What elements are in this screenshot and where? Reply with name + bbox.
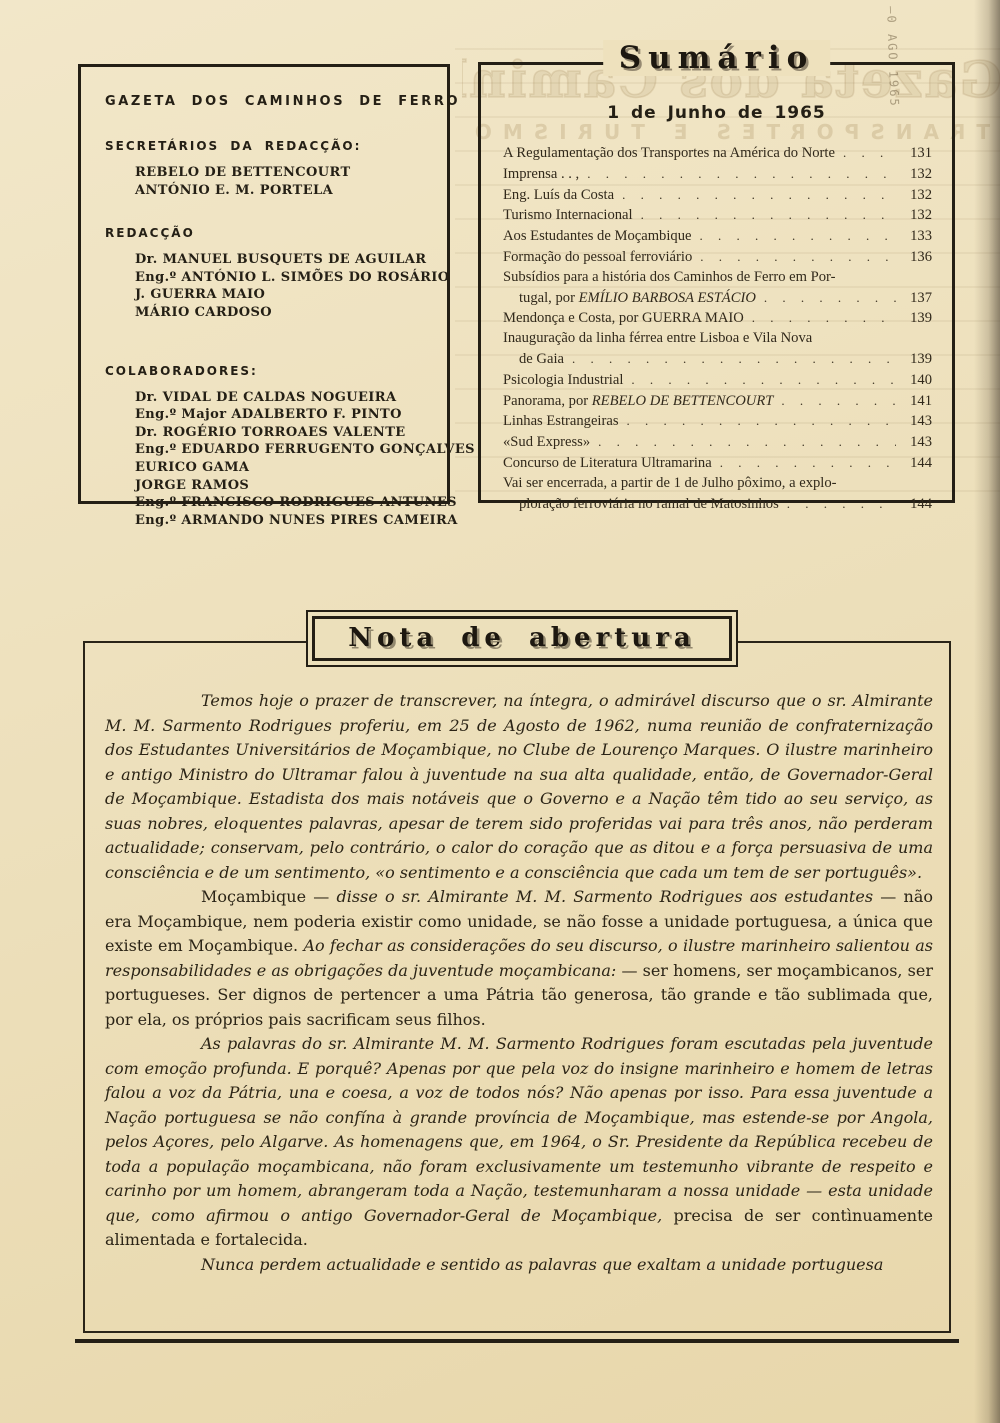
toc-entry-text: Eng. Luís da Costa [503,186,614,206]
toc-row: «Sud Express». . . . . . . . . . . . . .… [503,432,932,453]
toc-page-number: 133 [900,228,932,245]
toc-row: Eng. Luís da Costa. . . . . . . . . . . … [503,185,932,206]
magazine-page: Gazeta dos Caminhos de Ferro TRANSPORTES… [0,0,1000,1423]
masthead-name: Eng.º FRANCISCO RODRIGUES ANTUNES [135,494,441,512]
toc-dot-leader: . . . . . . . . . . . . . . . . . . . . … [622,185,896,205]
masthead-name: Eng.º Major ADALBERTO F. PINTO [135,406,441,424]
summary-box: Sumário 1 de Junho de 1965 A Regulamenta… [478,62,955,503]
toc-row: Imprensa . . ,. . . . . . . . . . . . . … [503,164,932,185]
toc-row: Linhas Estrangeiras. . . . . . . . . . .… [503,411,932,432]
toc-entry-segment: de Gaia [519,351,564,367]
toc-page-number: 143 [900,413,932,430]
toc-page-number: 132 [900,207,932,224]
nota-header-box: Nota de abertura [306,610,738,667]
toc-row: Inauguração da linha férrea entre Lisboa… [503,329,932,349]
masthead-name-list: Dr. MANUEL BUSQUETS DE AGUILAREng.º ANTÓ… [135,251,441,321]
toc-row: Vai ser encerrada, a partir de 1 de Julh… [503,474,932,494]
masthead-name: Eng.º EDUARDO FERRUGENTO GONÇALVES [135,441,441,459]
toc-entry-segment: Linhas Estrangeiras [503,413,619,429]
article-title: Nota de abertura [348,623,696,653]
toc-page-number: 137 [900,290,932,307]
toc-entry-text: ploração ferroviária no ramal de Matosin… [503,495,779,515]
toc-dot-leader: . . . . . . . . . . . . . . . . . . . . … [641,205,896,225]
toc-page-number: 144 [900,496,932,513]
toc-page-number: 140 [900,372,932,389]
summary-title: Sumário [603,40,831,76]
toc-entry-segment: Panorama, por [503,393,592,409]
toc-entry-text: Inauguração da linha férrea entre Lisboa… [503,329,812,349]
toc-entry-text: Vai ser encerrada, a partir de 1 de Julh… [503,474,837,494]
body-text-segment: disse o sr. Almirante M. M. Sarmento Rod… [337,887,874,906]
masthead-name: MÁRIO CARDOSO [135,304,441,322]
toc-row: Psicologia Industrial. . . . . . . . . .… [503,370,932,391]
toc-entry-text: Formação do pessoal ferroviário [503,248,692,268]
toc-entry-segment: Eng. Luís da Costa [503,187,614,203]
toc-row: ploração ferroviária no ramal de Matosin… [503,494,932,515]
toc-entry-segment: tugal, por [519,290,579,306]
toc-row: de Gaia. . . . . . . . . . . . . . . . .… [503,349,932,370]
body-text-segment: Temos hoje o prazer de transcrever, na í… [105,691,933,882]
toc-entry-text: Psicologia Industrial [503,371,623,391]
toc-entry-segment: Formação do pessoal ferroviário [503,249,692,265]
masthead-name: ANTÓNIO E. M. PORTELA [135,182,441,200]
masthead-box: GAZETA DOS CAMINHOS DE FERRO SECRETÁRIOS… [78,64,450,504]
toc-row: A Regulamentação dos Transportes na Amér… [503,143,932,164]
article-body-box: Temos hoje o prazer de transcrever, na í… [83,641,951,1333]
masthead-name-list: REBELO DE BETTENCOURTANTÓNIO E. M. PORTE… [135,164,441,199]
toc-page-number: 136 [900,249,932,266]
toc-entry-text: Mendonça e Costa, por GUERRA MAIO [503,309,744,329]
toc-row: Subsídios para a história dos Caminhos d… [503,268,932,288]
toc-entry-text: Panorama, por REBELO DE BETTENCOURT [503,392,773,412]
toc-dot-leader: . . . . . . . . . . . . . . . . . . . . … [587,164,896,184]
masthead-section: COLABORADORES:Dr. VIDAL DE CALDAS NOGUEI… [105,364,441,530]
masthead-title: GAZETA DOS CAMINHOS DE FERRO [105,94,441,109]
toc-page-number: 132 [900,187,932,204]
masthead-name: REBELO DE BETTENCOURT [135,164,441,182]
toc-entry-text: Subsídios para a história dos Caminhos d… [503,268,836,288]
toc-entry-text: tugal, por EMÍLIO BARBOSA ESTÁCIO [503,289,756,309]
toc-entry-segment: ploração ferroviária no ramal de Matosin… [519,496,779,512]
toc-dot-leader: . . . . . . . . . . . . . . . . . . . . … [699,226,896,246]
toc-dot-leader: . . . . . . . . . . . . . . . . . . . . … [787,494,896,514]
toc-row: Turismo Internacional. . . . . . . . . .… [503,205,932,226]
toc-row: tugal, por EMÍLIO BARBOSA ESTÁCIO. . . .… [503,288,932,309]
body-paragraph: As palavras do sr. Almirante M. M. Sarme… [105,1032,933,1253]
masthead-name: EURICO GAMA [135,459,441,477]
toc-dot-leader: . . . . . . . . . . . . . . . . . . . . … [700,247,896,267]
article-body-text: Temos hoje o prazer de transcrever, na í… [105,689,933,1277]
masthead-name: Dr. VIDAL DE CALDAS NOGUEIRA [135,389,441,407]
page-gutter-shadow [974,0,1000,1423]
nota-header-inner-frame: Nota de abertura [312,616,732,661]
toc-entry-segment: Mendonça e Costa, por GUERRA MAIO [503,310,744,326]
issue-date: 1 de Junho de 1965 [481,103,952,123]
masthead-name: JORGE RAMOS [135,477,441,495]
body-text-segment: As palavras do sr. Almirante M. M. Sarme… [105,1034,933,1225]
toc-entry-segment: Psicologia Industrial [503,372,623,388]
toc-page-number: 131 [900,145,932,162]
masthead-name: Dr. MANUEL BUSQUETS DE AGUILAR [135,251,441,269]
masthead-section-heading: SECRETÁRIOS DA REDACÇÃO: [105,139,441,153]
toc-page-number: 144 [900,455,932,472]
toc-row: Formação do pessoal ferroviário. . . . .… [503,247,932,268]
toc-dot-leader: . . . . . . . . . . . . . . . . . . . . … [843,143,896,163]
toc-dot-leader: . . . . . . . . . . . . . . . . . . . . … [572,349,896,369]
toc-entry-text: Aos Estudantes de Moçambique [503,227,691,247]
toc-entry-segment: REBELO DE BETTENCOURT [592,393,774,409]
toc-dot-leader: . . . . . . . . . . . . . . . . . . . . … [752,308,896,328]
toc-entry-segment: Vai ser encerrada, a partir de 1 de Julh… [503,475,837,491]
masthead-sections: SECRETÁRIOS DA REDACÇÃO:REBELO DE BETTEN… [105,139,441,529]
bottom-rule [75,1339,959,1343]
toc-page-number: 143 [900,434,932,451]
toc-entry-segment: A Regulamentação dos Transportes na Amér… [503,145,835,161]
toc-page-number: 132 [900,166,932,183]
toc-row: Mendonça e Costa, por GUERRA MAIO. . . .… [503,308,932,329]
toc-entry-text: Turismo Internacional [503,206,633,226]
masthead-section-heading: COLABORADORES: [105,364,441,378]
toc-page-number: 141 [900,393,932,410]
toc-row: Panorama, por REBELO DE BETTENCOURT. . .… [503,391,932,412]
toc-entry-text: Concurso de Literatura Ultramarina [503,454,712,474]
toc-dot-leader: . . . . . . . . . . . . . . . . . . . . … [631,370,896,390]
toc-page-number: 139 [900,351,932,368]
masthead-name: J. GUERRA MAIO [135,286,441,304]
table-of-contents: A Regulamentação dos Transportes na Amér… [503,143,932,514]
body-paragraph: Nunca perdem actualidade e sentido as pa… [105,1253,933,1278]
toc-entry-text: «Sud Express» [503,433,590,453]
toc-dot-leader: . . . . . . . . . . . . . . . . . . . . … [598,432,896,452]
toc-entry-segment: EMÍLIO BARBOSA ESTÁCIO [579,290,756,306]
toc-entry-text: Imprensa . . , [503,165,579,185]
toc-row: Concurso de Literatura Ultramarina. . . … [503,453,932,474]
toc-page-number: 139 [900,310,932,327]
body-text-segment: Nunca perdem actualidade e sentido as pa… [201,1255,883,1274]
toc-entry-segment: Turismo Internacional [503,207,633,223]
toc-dot-leader: . . . . . . . . . . . . . . . . . . . . … [764,288,896,308]
body-paragraph: Moçambique — disse o sr. Almirante M. M.… [105,885,933,1032]
toc-entry-text: Linhas Estrangeiras [503,412,619,432]
toc-dot-leader: . . . . . . . . . . . . . . . . . . . . … [781,391,896,411]
body-paragraph: Temos hoje o prazer de transcrever, na í… [105,689,933,885]
toc-entry-segment: Inauguração da linha férrea entre Lisboa… [503,330,812,346]
body-text-segment: Moçambique — [201,887,337,906]
toc-dot-leader: . . . . . . . . . . . . . . . . . . . . … [627,411,897,431]
masthead-name: Eng.º ANTÓNIO L. SIMÕES DO ROSÁRIO [135,269,441,287]
toc-entry-segment: Concurso de Literatura Ultramarina [503,455,712,471]
toc-entry-segment: Imprensa . . , [503,166,579,182]
toc-row: Aos Estudantes de Moçambique. . . . . . … [503,226,932,247]
toc-entry-text: A Regulamentação dos Transportes na Amér… [503,144,835,164]
toc-dot-leader: . . . . . . . . . . . . . . . . . . . . … [720,453,896,473]
masthead-section: SECRETÁRIOS DA REDACÇÃO:REBELO DE BETTEN… [105,139,441,199]
toc-entry-segment: Aos Estudantes de Moçambique [503,228,691,244]
masthead-section-heading: REDACÇÃO [105,226,441,240]
masthead-section: REDACÇÃODr. MANUEL BUSQUETS DE AGUILAREn… [105,226,441,321]
toc-entry-segment: Subsídios para a história dos Caminhos d… [503,269,836,285]
toc-entry-text: de Gaia [503,350,564,370]
toc-entry-segment: «Sud Express» [503,434,590,450]
masthead-name-list: Dr. VIDAL DE CALDAS NOGUEIRAEng.º Major … [135,389,441,530]
masthead-name: Dr. ROGÉRIO TORROAES VALENTE [135,424,441,442]
masthead-name: Eng.º ARMANDO NUNES PIRES CAMEIRA [135,512,441,530]
